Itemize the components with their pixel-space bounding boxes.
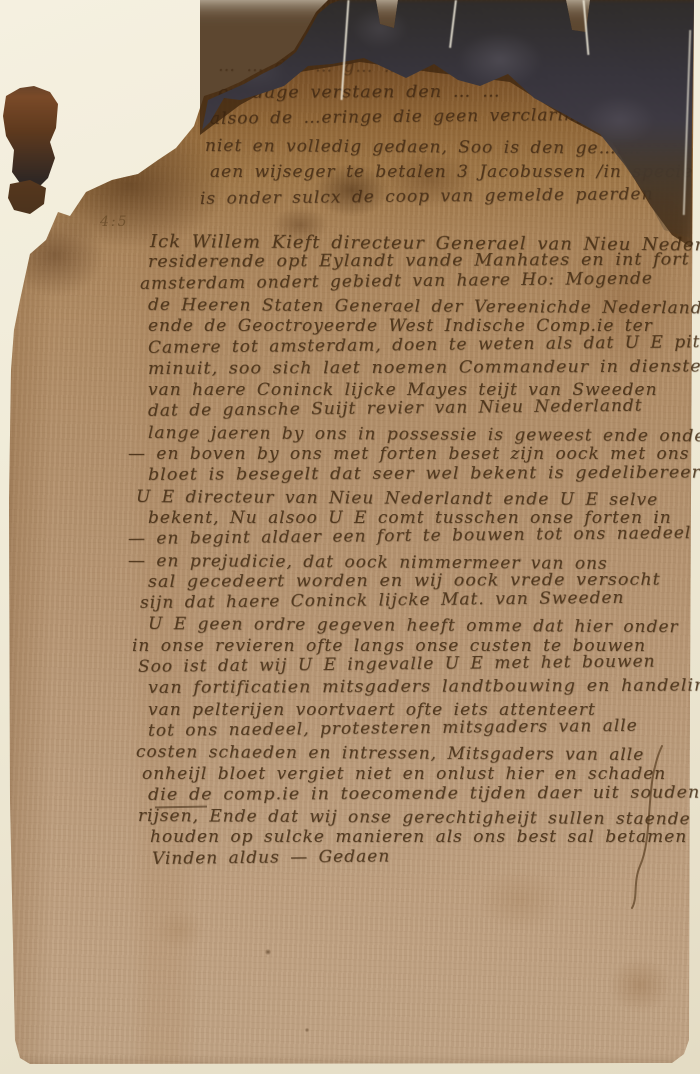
manuscript-line: — en begint aldaer een fort te bouwen to… xyxy=(128,525,691,548)
manuscript-scan: … … d… … g… …en dage verstaen den … …als… xyxy=(0,0,700,1074)
manuscript-line: sijn dat haere Coninck lijcke Mat. van S… xyxy=(140,590,625,612)
ink-flourish xyxy=(628,742,670,912)
manuscript-line: lange jaeren by ons in possessie is gewe… xyxy=(148,425,700,445)
manuscript-line: dat de gansche Suijt revier van Nieu Ned… xyxy=(148,398,643,420)
manuscript-line: Camere tot amsterdam, doen te weten als … xyxy=(148,333,700,356)
manuscript-line: rijsen, Ende dat wij onse gerechtigheijt… xyxy=(138,808,691,828)
manuscript-line: de Heeren Staten Generael der Vereenichd… xyxy=(148,297,700,318)
manuscript-line: van fortificatien mitsgaders landtbouwin… xyxy=(148,678,700,697)
manuscript-line: onheijl bloet vergiet niet en onlust hie… xyxy=(142,766,666,783)
manuscript-line: amsterdam ondert gebiedt van haere Ho: M… xyxy=(140,270,653,292)
manuscript-line: Soo ist dat wij U E ingevalle U E met he… xyxy=(138,654,656,676)
body-text-block: Ick Willem Kieft directeur Generael van … xyxy=(0,0,700,1074)
manuscript-line: U E geen ordre gegeven heeft omme dat hi… xyxy=(148,616,679,636)
manuscript-line: die de comp.ie in toecomende tijden daer… xyxy=(148,784,700,804)
manuscript-line: houden op sulcke manieren als ons best s… xyxy=(150,829,687,846)
manuscript-line: minuit, soo sich laet noemen Commandeur … xyxy=(148,358,700,377)
manuscript-line: — en boven by ons met forten beset zijn … xyxy=(128,446,689,463)
manuscript-line: costen schaeden en intressen, Mitsgaders… xyxy=(136,744,644,764)
manuscript-line: U E directeur van Nieu Nederlandt ende U… xyxy=(136,489,658,509)
manuscript-line: bloet is besegelt dat seer wel bekent is… xyxy=(148,465,700,485)
manuscript-line: tot ons naedeel, protesteren mitsgaders … xyxy=(148,718,638,740)
manuscript-line: Vinden aldus — Gedaen xyxy=(152,848,390,867)
